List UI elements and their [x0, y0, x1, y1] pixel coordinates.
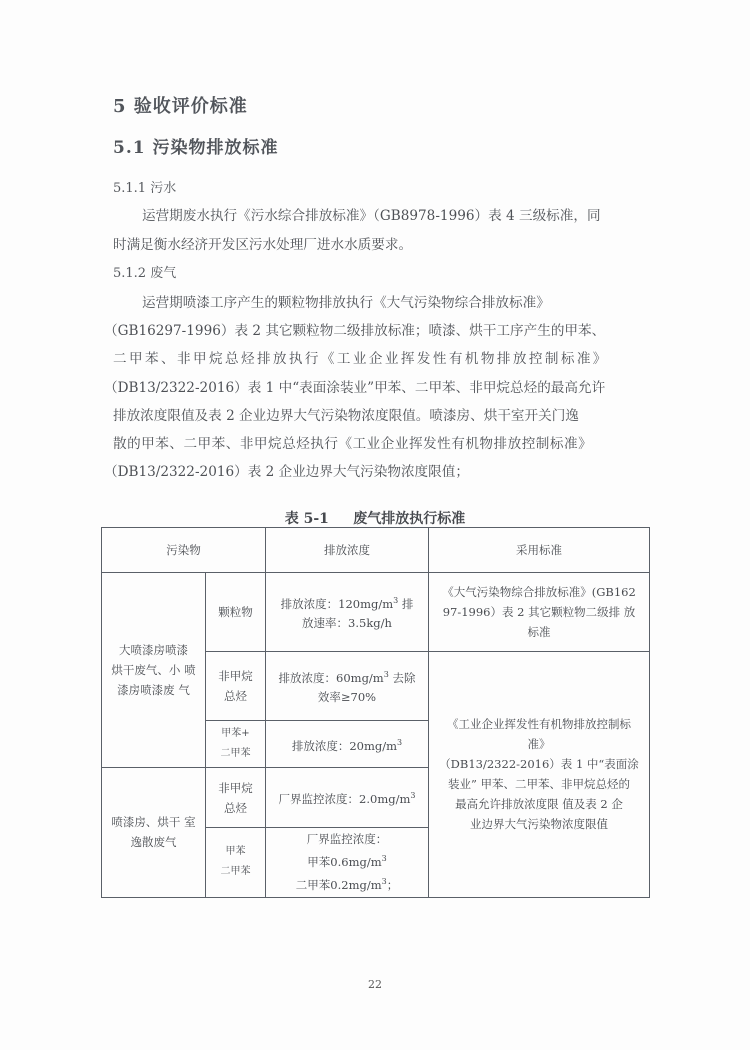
- superscript: 3: [397, 738, 402, 747]
- subsubsection-heading-wastewater: 5.1.1 污水: [113, 177, 176, 196]
- cell-text: 装业” 甲苯、二甲苯、非甲烷总烃的: [431, 774, 647, 794]
- cell-text: 非甲烷: [208, 666, 263, 686]
- cell-text: 去除: [389, 670, 416, 684]
- pollutant-cell: 甲苯+ 二甲苯: [206, 721, 266, 768]
- cell-text: 排: [398, 596, 413, 610]
- subsection-heading: 5.1 污染物排放标准: [113, 133, 279, 158]
- superscript: 3: [382, 854, 387, 863]
- cell-text: ；: [387, 878, 399, 892]
- paragraph-line: 排放浓度限值及表 2 企业边界大气污染物浓度限值。喷漆房、烘干室开关门逸: [113, 404, 653, 424]
- header-pollutant: 污染物: [102, 528, 266, 573]
- cell-text: 准》: [431, 734, 647, 754]
- table-row: 大喷漆房喷漆 烘干废气、小 喷 漆房喷漆废 气 颗粒物 排放浓度：120mg/m…: [102, 573, 650, 652]
- cell-text: 漆房喷漆废 气: [104, 680, 203, 700]
- subsubsection-heading-exhaust: 5.1.2 废气: [113, 262, 176, 281]
- table-caption: 表 5-1 废气排放执行标准: [0, 508, 750, 528]
- cell-text: 业边界大气污染物浓度限值: [431, 814, 647, 834]
- cell-text: 喷漆房、烘干 室: [104, 812, 203, 832]
- cell-text: 最高允许排放浓度限 值及表 2 企: [431, 794, 647, 814]
- cell-text: 厂界监控浓度：2.0mg/m: [279, 792, 411, 806]
- cell-text: 二甲苯: [208, 862, 263, 882]
- cell-text: 97-1996）表 2 其它颗粒物二级排 放: [431, 602, 647, 622]
- paragraph-line: 二甲苯、非甲烷总烃排放执行《工业企业挥发性有机物排放控制标准》: [113, 347, 653, 367]
- cell-text: 非甲烷: [208, 778, 263, 798]
- cell-text: （DB13/2322-2016）表 1 中“表面涂: [431, 754, 647, 774]
- cell-text: 效率≥70%: [268, 687, 426, 707]
- header-standard: 采用标准: [429, 528, 650, 573]
- emission-standards-table: 污染物 排放浓度 采用标准 大喷漆房喷漆 烘干废气、小 喷 漆房喷漆废 气 颗粒…: [101, 527, 650, 898]
- standard-cell: 《大气污染物综合排放标准》(GB162 97-1996）表 2 其它颗粒物二级排…: [429, 573, 650, 652]
- table-header-row: 污染物 排放浓度 采用标准: [102, 528, 650, 573]
- pollutant-cell: 颗粒物: [206, 573, 266, 652]
- concentration-cell: 排放浓度：60mg/m3 去除 效率≥70%: [266, 652, 429, 721]
- concentration-cell: 排放浓度：120mg/m3 排 放速率：3.5kg/h: [266, 573, 429, 652]
- cell-text: 甲苯+: [208, 724, 263, 744]
- concentration-cell: 厂界监控浓度：2.0mg/m3: [266, 768, 429, 828]
- paragraph-line: 运营期喷漆工序产生的颗粒物排放执行《大气污染物综合排放标准》: [113, 291, 682, 311]
- cell-text: 甲苯: [208, 842, 263, 862]
- source-cell: 大喷漆房喷漆 烘干废气、小 喷 漆房喷漆废 气: [102, 573, 206, 768]
- pollutant-cell: 甲苯 二甲苯: [206, 828, 266, 898]
- paragraph-line: （DB13/2322-2016）表 1 中“表面涂装业”甲苯、二甲苯、非甲烷总烃…: [104, 376, 644, 396]
- page-number: 22: [0, 978, 750, 991]
- cell-text: 标准: [431, 622, 647, 642]
- concentration-cell: 排放浓度：20mg/m3: [266, 721, 429, 768]
- paragraph-line: 运营期废水执行《污水综合排放标准》（GB8978-1996）表 4 三级标准，同: [113, 204, 682, 224]
- cell-text: 烘干废气、小 喷: [104, 660, 203, 680]
- source-cell: 喷漆房、烘干 室 逸散废气: [102, 768, 206, 898]
- cell-text: 总烃: [208, 686, 263, 706]
- header-concentration: 排放浓度: [266, 528, 429, 573]
- cell-text: 放速率：3.5kg/h: [268, 613, 426, 633]
- cell-text: 《大气污染物综合排放标准》(GB162: [431, 582, 647, 602]
- paragraph-line: 时满足衡水经济开发区污水处理厂进水水质要求。: [113, 233, 653, 253]
- cell-text: 甲苯0.6mg/m: [307, 855, 381, 869]
- concentration-cell: 厂界监控浓度： 甲苯0.6mg/m3 二甲苯0.2mg/m3；: [266, 828, 429, 898]
- superscript: 3: [410, 791, 415, 800]
- cell-text: 二甲苯0.2mg/m: [296, 878, 382, 892]
- cell-text: 排放浓度：120mg/m: [281, 596, 394, 610]
- section-heading: 5 验收评价标准: [113, 92, 248, 118]
- pollutant-cell: 非甲烷 总烃: [206, 768, 266, 828]
- cell-text: 大喷漆房喷漆: [104, 640, 203, 660]
- cell-text: 排放浓度：60mg/m: [279, 670, 384, 684]
- pollutant-cell: 非甲烷 总烃: [206, 652, 266, 721]
- cell-text: 厂界监控浓度：: [268, 830, 426, 849]
- paragraph-line: （GB16297-1996）表 2 其它颗粒物二级排放标准；喷漆、烘干工序产生的…: [104, 319, 644, 339]
- cell-text: 《工业企业挥发性有机物排放控制标: [431, 714, 647, 734]
- cell-text: 逸散废气: [104, 832, 203, 852]
- standard-cell: 《工业企业挥发性有机物排放控制标 准》 （DB13/2322-2016）表 1 …: [429, 652, 650, 898]
- cell-text: 总烃: [208, 798, 263, 818]
- cell-text: 二甲苯: [208, 744, 263, 764]
- paragraph-line: 散的甲苯、二甲苯、非甲烷总烃执行《工业企业挥发性有机物排放控制标准》: [113, 432, 653, 452]
- paragraph-line: （DB13/2322-2016）表 2 企业边界大气污染物浓度限值；: [104, 460, 644, 480]
- cell-text: 排放浓度：20mg/m: [292, 738, 397, 752]
